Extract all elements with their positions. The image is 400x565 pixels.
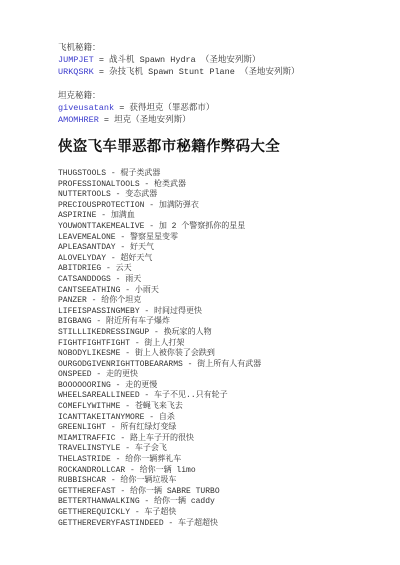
cheat-code: GETTHEREVERYFASTINDEED <box>58 519 164 528</box>
separator: - <box>106 423 120 432</box>
cheat-entry-row: ICANTTAKEITANYMORE - 自杀 <box>58 413 393 424</box>
cheat-code: TRAVELINSTYLE <box>58 444 120 453</box>
separator: - <box>120 402 134 411</box>
cheat-entry-row: CATSANDDOGS - 雨天 <box>58 275 393 286</box>
cheat-code: URKQSRK <box>58 67 94 77</box>
separator: = <box>99 115 114 125</box>
cheat-code: GETTHEREQUICKLY <box>58 508 130 517</box>
cheat-code: PANZER <box>58 296 87 305</box>
cheat-entry-row: AMOMHRER = 坦克（圣地安列斯） <box>58 114 393 126</box>
cheat-description: 换玩家的人物 <box>164 328 212 337</box>
cheat-description: 雨天 <box>125 275 141 284</box>
page-title: 侠盗飞车罪恶都市秘籍作弊码大全 <box>58 138 393 156</box>
separator: - <box>120 349 134 358</box>
cheat-description: 街上所有人有武器 <box>197 360 261 369</box>
cheat-description: 加满防弹衣 <box>159 201 199 210</box>
cheat-entry-row: ALOVELYDAY - 超好天气 <box>58 254 393 265</box>
cheat-description: 杂技飞机 Spawn Stunt Plane （圣地安列斯） <box>109 67 299 77</box>
cheat-code: LEAVEMEALONE <box>58 233 116 242</box>
separator: - <box>106 476 120 485</box>
separator: - <box>87 296 101 305</box>
cheat-entry-row: GREENLIGHT - 所有红绿灯变绿 <box>58 423 393 434</box>
cheat-code: BOOOOOORING <box>58 381 111 390</box>
cheat-code: NOBODYLIKESME <box>58 349 120 358</box>
cheat-code: BIGBANG <box>58 317 92 326</box>
cheat-entry-row: PANZER - 给你个坦克 <box>58 296 393 307</box>
separator: - <box>96 211 110 220</box>
code-sections: 飞机秘籍：JUMPJET = 战斗机 Spawn Hydra （圣地安列斯）UR… <box>58 42 393 126</box>
separator: - <box>144 222 158 231</box>
cheat-description: 好天气 <box>130 243 154 252</box>
cheat-description: 坦克（圣地安列斯） <box>114 115 191 125</box>
cheat-description: 给你个坦克 <box>101 296 141 305</box>
cheat-entry-row: BOOOOOORING - 走的更慢 <box>58 381 393 392</box>
cheat-code: STILLLIKEDRESSINGUP <box>58 328 149 337</box>
separator: = <box>114 103 129 113</box>
cheat-entry-row: OURGODGIVENRIGHTTOBEARARMS - 街上所有人有武器 <box>58 360 393 371</box>
separator: - <box>183 360 197 369</box>
cheat-code: giveusatank <box>58 103 114 113</box>
separator: - <box>111 455 125 464</box>
separator: - <box>92 370 106 379</box>
cheat-entry-row: YOUWONTTAKEMEALIVE - 加 2 个警察抓你的星星 <box>58 222 393 233</box>
cheat-description: 加满血 <box>111 211 135 220</box>
cheat-description: 超好天气 <box>120 254 152 263</box>
cheat-code: RUBBISHCAR <box>58 476 106 485</box>
cheat-description: 给你一辆葬礼车 <box>125 455 181 464</box>
cheat-code: AMOMHRER <box>58 115 99 125</box>
cheat-entry-row: BETTERTHANWALKING - 给你一辆 caddy <box>58 497 393 508</box>
cheat-description: 街上人打架 <box>144 339 184 348</box>
document-page: 飞机秘籍：JUMPJET = 战斗机 Spawn Hydra （圣地安列斯）UR… <box>0 0 400 565</box>
separator: - <box>106 254 120 263</box>
cheat-code: THUGSTOOLS <box>58 169 106 178</box>
separator: - <box>140 497 154 506</box>
separator: - <box>149 328 163 337</box>
separator: - <box>106 169 120 178</box>
cheat-code: PRECIOUSPROTECTION <box>58 201 144 210</box>
cheat-description: 车子超超快 <box>178 519 218 528</box>
cheat-entry-row: THUGSTOOLS - 棍子类武器 <box>58 169 393 180</box>
cheat-description: 街上人被你装了会跌到 <box>135 349 215 358</box>
cheat-entry-row: JUMPJET = 战斗机 Spawn Hydra （圣地安列斯） <box>58 54 393 66</box>
cheat-entry-row: PROFESSIONALTOOLS - 枪类武器 <box>58 180 393 191</box>
separator: - <box>164 519 178 528</box>
section-heading: 飞机秘籍： <box>58 42 393 54</box>
cheat-description: 时间过得更快 <box>154 307 202 316</box>
cheat-description: 附近所有车子爆炸 <box>106 317 170 326</box>
cheat-description: 战斗机 Spawn Hydra （圣地安列斯） <box>109 55 260 65</box>
cheat-code: THELASTRIDE <box>58 455 111 464</box>
cheat-description: 车子超快 <box>144 508 176 517</box>
cheat-description: 给你一辆垃圾车 <box>120 476 176 485</box>
cheat-description: 走的更快 <box>106 370 138 379</box>
cheat-entry-row: ASPIRINE - 加满血 <box>58 211 393 222</box>
cheat-code: MIAMITRAFFIC <box>58 434 116 443</box>
cheat-entry-row: FIGHTFIGHTFIGHT - 街上人打架 <box>58 339 393 350</box>
document-content: 飞机秘籍：JUMPJET = 战斗机 Spawn Hydra （圣地安列斯）UR… <box>58 42 393 529</box>
cheat-description: 枪类武器 <box>154 180 186 189</box>
cheat-entry-row: LEAVEMEALONE - 警察星星变零 <box>58 233 393 244</box>
cheat-entry-row: GETTHEREFAST - 给你一辆 SABRE TURBO <box>58 487 393 498</box>
cheat-description: 给你一辆 caddy <box>154 497 215 506</box>
cheat-code: CATSANDDOGS <box>58 275 111 284</box>
cheat-code: OURGODGIVENRIGHTTOBEARARMS <box>58 360 183 369</box>
cheat-description: 路上车子开的很快 <box>130 434 194 443</box>
separator: - <box>130 339 144 348</box>
separator: - <box>116 233 130 242</box>
cheat-entry-row: STILLLIKEDRESSINGUP - 换玩家的人物 <box>58 328 393 339</box>
separator: - <box>144 413 158 422</box>
cheat-description: 变态武器 <box>125 190 157 199</box>
cheat-entry-row: COMEFLYWITHME - 苍蝇飞来飞去 <box>58 402 393 413</box>
separator: - <box>120 286 134 295</box>
separator: = <box>94 67 109 77</box>
cheat-code: PROFESSIONALTOOLS <box>58 180 140 189</box>
cheat-description: 警察星星变零 <box>130 233 178 242</box>
cheat-description: 给你一辆 limo <box>140 466 196 475</box>
cheat-entry-row: GETTHEREQUICKLY - 车子超快 <box>58 508 393 519</box>
cheat-code: ABITDRIEG <box>58 264 101 273</box>
cheat-code: ICANTTAKEITANYMORE <box>58 413 144 422</box>
cheat-description: 棍子类武器 <box>120 169 160 178</box>
cheat-section: 飞机秘籍：JUMPJET = 战斗机 Spawn Hydra （圣地安列斯）UR… <box>58 42 393 78</box>
cheat-entry-row: giveusatank = 获得坦克（罪恶都市） <box>58 102 393 114</box>
cheat-code: COMEFLYWITHME <box>58 402 120 411</box>
separator: - <box>125 466 139 475</box>
separator: - <box>92 317 106 326</box>
cheat-code: ASPIRINE <box>58 211 96 220</box>
cheat-entry-row: MIAMITRAFFIC - 路上车子开的很快 <box>58 434 393 445</box>
cheat-entry-row: ONSPEED - 走的更快 <box>58 370 393 381</box>
cheat-entry-row: NOBODYLIKESME - 街上人被你装了会跌到 <box>58 349 393 360</box>
section-heading: 坦克秘籍： <box>58 90 393 102</box>
cheat-code: NUTTERTOOLS <box>58 190 111 199</box>
cheat-code: GETTHEREFAST <box>58 487 116 496</box>
cheat-code: ONSPEED <box>58 370 92 379</box>
cheat-code: GREENLIGHT <box>58 423 106 432</box>
cheat-code: ROCKANDROLLCAR <box>58 466 125 475</box>
separator: - <box>120 444 134 453</box>
cheat-entry-row: LIFEISPASSINGMEBY - 时间过得更快 <box>58 307 393 318</box>
cheat-code: ALOVELYDAY <box>58 254 106 263</box>
cheat-entry-row: NUTTERTOOLS - 变态武器 <box>58 190 393 201</box>
separator: - <box>144 201 158 210</box>
cheat-code: WHEELSAREALLINEED <box>58 391 140 400</box>
cheat-description: 苍蝇飞来飞去 <box>135 402 183 411</box>
cheat-entry-row: TRAVELINSTYLE - 车子会飞 <box>58 444 393 455</box>
cheat-code-list: THUGSTOOLS - 棍子类武器PROFESSIONALTOOLS - 枪类… <box>58 169 393 529</box>
cheat-description: 走的更慢 <box>125 381 157 390</box>
cheat-code: JUMPJET <box>58 55 94 65</box>
separator: - <box>111 381 125 390</box>
cheat-description: 所有红绿灯变绿 <box>120 423 176 432</box>
cheat-description: 自杀 <box>159 413 175 422</box>
separator: - <box>140 391 154 400</box>
cheat-section: 坦克秘籍：giveusatank = 获得坦克（罪恶都市）AMOMHRER = … <box>58 90 393 126</box>
cheat-description: 小雨天 <box>135 286 159 295</box>
cheat-description: 获得坦克（罪恶都市） <box>129 103 214 113</box>
cheat-entry-row: GETTHEREVERYFASTINDEED - 车子超超快 <box>58 519 393 530</box>
cheat-code: BETTERTHANWALKING <box>58 497 140 506</box>
separator: - <box>140 307 154 316</box>
cheat-entry-row: RUBBISHCAR - 给你一辆垃圾车 <box>58 476 393 487</box>
cheat-entry-row: CANTSEEATHING - 小雨天 <box>58 286 393 297</box>
cheat-entry-row: WHEELSAREALLINEED - 车子不见..只有轮子 <box>58 391 393 402</box>
cheat-description: 给你一辆 SABRE TURBO <box>130 487 220 496</box>
cheat-entry-row: BIGBANG - 附近所有车子爆炸 <box>58 317 393 328</box>
separator: - <box>116 243 130 252</box>
separator: - <box>111 190 125 199</box>
separator: - <box>116 434 130 443</box>
separator: - <box>130 508 144 517</box>
cheat-entry-row: ABITDRIEG - 云天 <box>58 264 393 275</box>
cheat-description: 车子会飞 <box>135 444 167 453</box>
separator: - <box>140 180 154 189</box>
cheat-code: LIFEISPASSINGMEBY <box>58 307 140 316</box>
cheat-code: CANTSEEATHING <box>58 286 120 295</box>
cheat-entry-row: APLEASANTDAY - 好天气 <box>58 243 393 254</box>
cheat-entry-row: THELASTRIDE - 给你一辆葬礼车 <box>58 455 393 466</box>
cheat-description: 云天 <box>116 264 132 273</box>
cheat-description: 车子不见..只有轮子 <box>154 391 228 400</box>
separator: - <box>116 487 130 496</box>
cheat-entry-row: URKQSRK = 杂技飞机 Spawn Stunt Plane （圣地安列斯） <box>58 66 393 78</box>
cheat-entry-row: PRECIOUSPROTECTION - 加满防弹衣 <box>58 201 393 212</box>
separator: - <box>101 264 115 273</box>
cheat-code: APLEASANTDAY <box>58 243 116 252</box>
cheat-code: FIGHTFIGHTFIGHT <box>58 339 130 348</box>
separator: - <box>111 275 125 284</box>
cheat-code: YOUWONTTAKEMEALIVE <box>58 222 144 231</box>
cheat-entry-row: ROCKANDROLLCAR - 给你一辆 limo <box>58 466 393 477</box>
separator: = <box>94 55 109 65</box>
cheat-description: 加 2 个警察抓你的星星 <box>159 222 245 231</box>
